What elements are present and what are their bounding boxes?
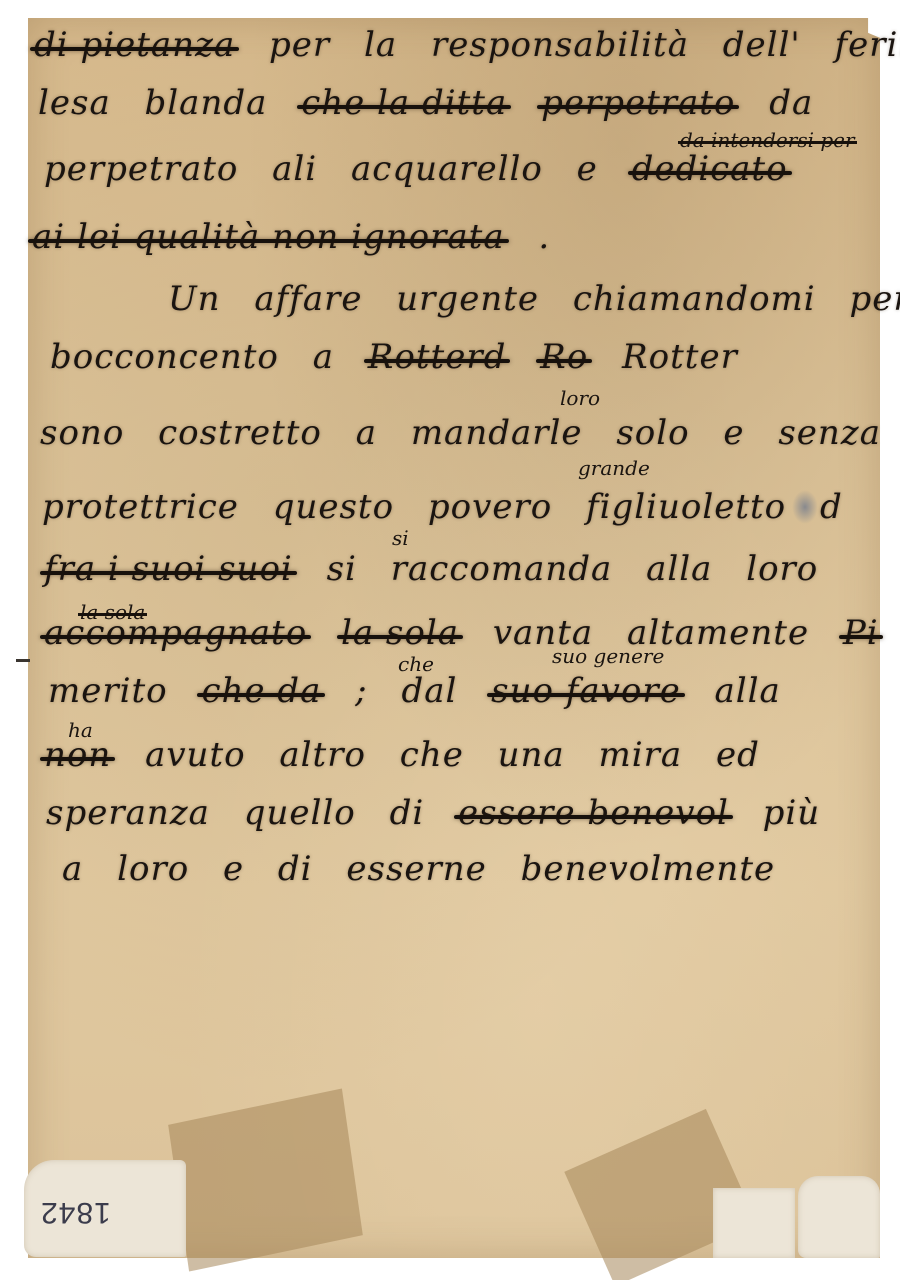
word: esserne [346, 852, 486, 886]
word: sono [40, 416, 124, 450]
struck-word: Ro [540, 340, 588, 374]
word: a [313, 340, 334, 374]
word: responsabilità [431, 28, 689, 62]
word: benevolmente [521, 852, 776, 886]
word: senza [778, 416, 881, 450]
edge-mark [16, 659, 30, 662]
word: da [769, 86, 813, 120]
line-7: sono costretto a mandarle solo e senza [40, 416, 900, 450]
word: Un [168, 282, 221, 316]
word: costretto [158, 416, 322, 450]
paper-repair-patch [713, 1188, 795, 1258]
line-13: speranza quello di essere benevol più [46, 796, 842, 830]
struck-word: la sola [341, 616, 459, 650]
line-2: lesa blanda che la ditta perpetrato da [38, 86, 835, 120]
word: e [723, 416, 744, 450]
word: speranza [46, 796, 210, 830]
word: d [820, 490, 843, 524]
line-6: bocconcento a Rotterd Ro Rotter [50, 340, 760, 374]
word: a [356, 416, 377, 450]
word: . [538, 220, 550, 254]
line-12: non avuto altro che una mira ed [44, 738, 782, 772]
line-14: a loro e di esserne benevolmente [62, 852, 797, 886]
word: dal [401, 674, 457, 708]
struck-word: fra i suoi suoi [44, 552, 293, 586]
word: quello [244, 796, 356, 830]
word: urgente [396, 282, 539, 316]
word: figliuoletto [586, 490, 786, 524]
struck-word: ai lei qualità non ignorata [32, 220, 505, 254]
word: alla [715, 674, 781, 708]
interline-insertion: loro [560, 386, 600, 410]
word: ed [716, 738, 760, 772]
word: solo [616, 416, 689, 450]
struck-word: essere benevol [458, 796, 729, 830]
struck-word: che da [201, 674, 321, 708]
word: a [62, 852, 83, 886]
line-5: Un affare urgente chiamandomi per [168, 282, 900, 316]
struck-word: Rotterd [368, 340, 507, 374]
line-8: protettrice questo povero figliuoletto d [42, 490, 865, 524]
word: questo [273, 490, 394, 524]
word: di [390, 796, 425, 830]
word: altro [279, 738, 366, 772]
line-1: di pietanza per la responsabilità dell' … [34, 28, 900, 62]
word: la [364, 28, 397, 62]
struck-word: suo favore [491, 674, 681, 708]
word: mira [599, 738, 683, 772]
ink-stain [792, 490, 818, 524]
word: raccomanda [391, 552, 613, 586]
word: blanda [145, 86, 268, 120]
line-4: ai lei qualità non ignorata . [32, 220, 572, 254]
word: più [763, 796, 821, 830]
word: ferimento [835, 28, 900, 62]
word: ; [355, 674, 367, 708]
word: chiamandomi [573, 282, 816, 316]
word: avuto [145, 738, 246, 772]
word: dell' [723, 28, 801, 62]
word: Rotter [622, 340, 738, 374]
word: e [577, 152, 598, 186]
word: affare [254, 282, 362, 316]
word: merito [48, 674, 168, 708]
word: una [498, 738, 565, 772]
line-3: perpetrato ali acquarello e dedicato [44, 152, 810, 186]
struck-word: perpetrato [541, 86, 735, 120]
line-9: fra i suoi suoi si raccomanda alla loro [44, 552, 840, 586]
struck-word: di pietanza [34, 28, 235, 62]
word: di [278, 852, 313, 886]
line-10: accompagnato la sola vanta altamente Pi [44, 616, 900, 650]
struck-word: accompagnato [44, 616, 307, 650]
word: loro [746, 552, 818, 586]
word: per [269, 28, 330, 62]
word: si [327, 552, 357, 586]
word: povero [428, 490, 552, 524]
paper-repair-patch [798, 1176, 880, 1258]
word: ali [272, 152, 317, 186]
line-11: merito che da ; dal suo favore alla [48, 674, 803, 708]
struck-word: Pi [843, 616, 879, 650]
word: alla [646, 552, 712, 586]
word: lesa [38, 86, 111, 120]
interline-insertion: suo genere [552, 644, 664, 668]
interline-insertion: grande [578, 456, 650, 480]
struck-word: dedicato [632, 152, 788, 186]
word: perpetrato [44, 152, 238, 186]
word: che [400, 738, 464, 772]
word: protettrice [42, 490, 239, 524]
struck-word: che la ditta [301, 86, 507, 120]
word: per [849, 282, 900, 316]
word: bocconcento [50, 340, 279, 374]
interline-insertion: si [392, 526, 409, 550]
pencil-date-note: 1842 [40, 1195, 111, 1229]
word: acquarello [351, 152, 543, 186]
struck-word: non [44, 738, 111, 772]
word: loro [117, 852, 189, 886]
word: mandarle [411, 416, 583, 450]
word: e [223, 852, 244, 886]
